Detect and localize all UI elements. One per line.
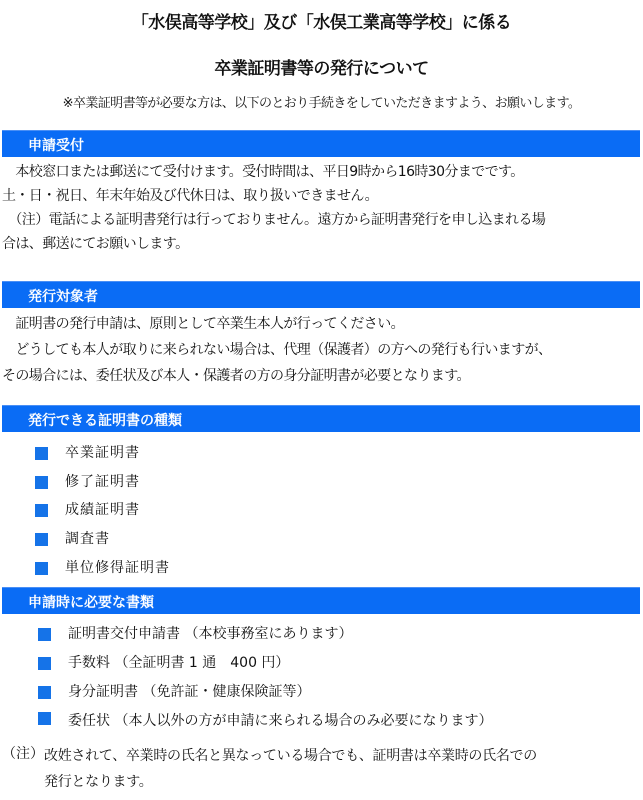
paragraph: 本校窓口または郵送にて受付けます。受付時間は、平日9時から16時30分までです。 (2, 161, 524, 181)
note-label: （注） (2, 743, 44, 763)
square-bullet-icon (38, 657, 51, 670)
title-line-1: 「水俣高等学校」及び「水俣工業高等学校」に係る (0, 8, 643, 33)
paragraph: その場合には、委任状及び本人・保護者の方の身分証明書が必要となります。 (2, 365, 470, 385)
section-heading-label: 申請受付 (28, 135, 84, 155)
section-heading-label: 申請時に必要な書類 (28, 592, 154, 612)
paragraph: どうしても本人が取りに来られない場合は、代理（保護者）の方への発行も行いますが、 (2, 339, 551, 359)
section-heading-label: 発行対象者 (28, 286, 98, 306)
square-bullet-icon (35, 562, 48, 575)
square-bullet-icon (35, 476, 48, 489)
note-line: 改姓されて、卒業時の氏名と異なっている場合でも、証明書は卒業時の氏名での (44, 745, 537, 765)
square-bullet-icon (35, 504, 48, 517)
paragraph: （注）電話による証明書発行は行っておりません。遠方から証明書発行を申し込まれる場 (2, 209, 545, 229)
section-heading-label: 発行できる証明書の種類 (28, 410, 182, 430)
paragraph: 土・日・祝日、年末年始及び代休日は、取り扱いできません。 (2, 185, 378, 205)
square-bullet-icon (38, 686, 51, 699)
section-heading-application: 申請受付 (2, 130, 640, 157)
paragraph: 証明書の発行申請は、原則として卒業生本人が行ってください。 (2, 313, 404, 333)
note-line: 発行となります。 (44, 771, 152, 791)
paragraph: 合は、郵送にてお願いします。 (2, 233, 188, 253)
section-heading-certificate-types: 発行できる証明書の種類 (2, 405, 640, 432)
square-bullet-icon (35, 533, 48, 546)
title-line-2: 卒業証明書等の発行について (0, 54, 643, 79)
intro-note: ※卒業証明書等が必要な方は、以下のとおり手続きをしていただきますよう、お願いしま… (0, 92, 643, 111)
section-heading-eligible: 発行対象者 (2, 281, 640, 308)
section-heading-required-documents: 申請時に必要な書類 (2, 587, 640, 614)
square-bullet-icon (35, 447, 48, 460)
square-bullet-icon (38, 628, 51, 641)
square-bullet-icon (38, 712, 51, 725)
